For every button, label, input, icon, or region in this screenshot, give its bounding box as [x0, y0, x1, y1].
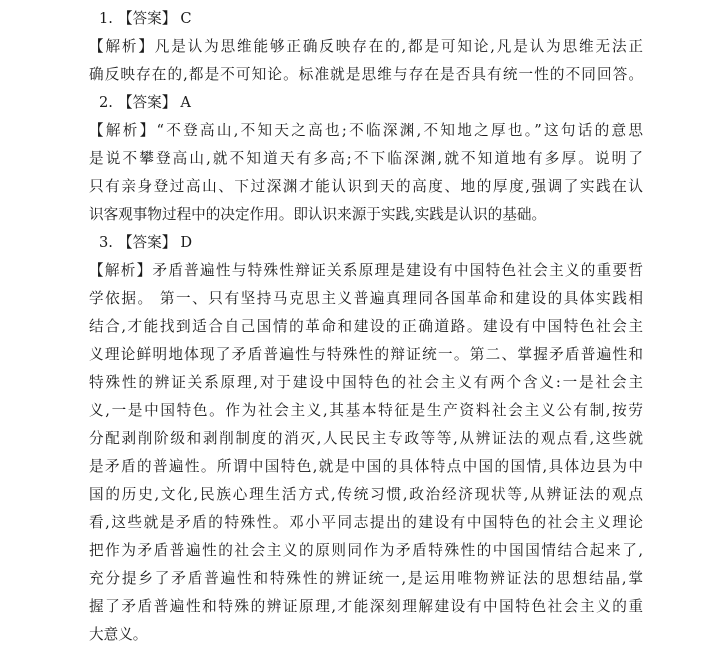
- analysis-line: 是说不攀登高山,就不知道天有多高;不下临深渊,就不知道地有多厚。说明了: [89, 145, 643, 173]
- analysis-line: 【解析】凡是认为思维能够正确反映存在的,都是可知论,凡是认为思维无法正: [89, 33, 643, 61]
- analysis-line: 只有亲身登过高山、下过深渊才能认识到天的高度、地的厚度,强调了实践在认: [89, 173, 643, 201]
- analysis-line: 【解析】矛盾普遍性与特殊性辩证关系原理是建设有中国特色社会主义的重要哲: [89, 257, 643, 285]
- question-number: 3.: [99, 234, 113, 251]
- answer-heading-1: 1.【答案】C: [89, 5, 643, 33]
- answer-heading-3: 3.【答案】D: [89, 229, 643, 257]
- analysis-line: 【解析】“不登高山,不知天之高也;不临深渊,不知地之厚也。”这句话的意思: [89, 117, 643, 145]
- analysis-line: 结合,才能找到适合自己国情的革命和建设的正确道路。建设有中国特色社会主: [89, 313, 643, 341]
- analysis-line: 义,一是中国特色。作为社会主义,其基本特征是生产资料社会主义公有制,按劳: [89, 397, 643, 425]
- analysis-line: 识客观事物过程中的决定作用。即认识来源于实践,实践是认识的基础。: [89, 201, 643, 229]
- answer-value: D: [180, 234, 192, 251]
- answer-label: 【答案】: [118, 234, 176, 251]
- analysis-line: 分配剥削阶级和剥削制度的消灭,人民民主专政等等,从辨证法的观点看,这些就: [89, 425, 643, 453]
- question-number: 1.: [99, 10, 113, 27]
- answer-value: C: [180, 10, 191, 27]
- answers-document: 1.【答案】C 【解析】凡是认为思维能够正确反映存在的,都是可知论,凡是认为思维…: [89, 5, 643, 649]
- analysis-line: 充分提乡了矛盾普遍性和特殊性的辨证统一,是运用唯物辨证法的思想结晶,掌: [89, 565, 643, 593]
- answer-label: 【答案】: [118, 94, 176, 111]
- analysis-line: 确反映存在的,都是不可知论。标准就是思维与存在是否具有统一性的不同回答。: [89, 61, 643, 89]
- answer-section-2: 2.【答案】A 【解析】“不登高山,不知天之高也;不临深渊,不知地之厚也。”这句…: [89, 89, 643, 229]
- analysis-line: 国的历史,文化,民族心理生活方式,传统习惯,政治经济现状等,从辨证法的观点: [89, 481, 643, 509]
- analysis-line: 把作为矛盾普遍性的社会主义的原则同作为矛盾特殊性的中国国情结合起来了,: [89, 537, 643, 565]
- answer-heading-2: 2.【答案】A: [89, 89, 643, 117]
- answer-section-1: 1.【答案】C 【解析】凡是认为思维能够正确反映存在的,都是可知论,凡是认为思维…: [89, 5, 643, 89]
- analysis-line: 义理论鲜明地体现了矛盾普遍性与特殊性的辩证统一。第二、掌握矛盾普遍性和: [89, 341, 643, 369]
- answer-value: A: [180, 94, 191, 111]
- answer-label: 【答案】: [118, 10, 176, 27]
- analysis-line: 握了矛盾普遍性和特殊的辨证原理,才能深刻理解建设有中国特色社会主义的重: [89, 593, 643, 621]
- analysis-line: 看,这些就是矛盾的特殊性。邓小平同志提出的建设有中国特色的社会主义理论: [89, 509, 643, 537]
- analysis-line: 大意义。: [89, 621, 643, 649]
- analysis-line: 特殊性的辨证关系原理,对于建设中国特色的社会主义有两个含义:一是社会主: [89, 369, 643, 397]
- analysis-line: 是矛盾的普遍性。所谓中国特色,就是中国的具体特点中国的国情,具体边县为中: [89, 453, 643, 481]
- analysis-line: 学依据。 第一、只有坚持马克思主义普遍真理同各国革命和建设的具体实践相: [89, 285, 643, 313]
- question-number: 2.: [99, 94, 113, 111]
- answer-section-3: 3.【答案】D 【解析】矛盾普遍性与特殊性辩证关系原理是建设有中国特色社会主义的…: [89, 229, 643, 649]
